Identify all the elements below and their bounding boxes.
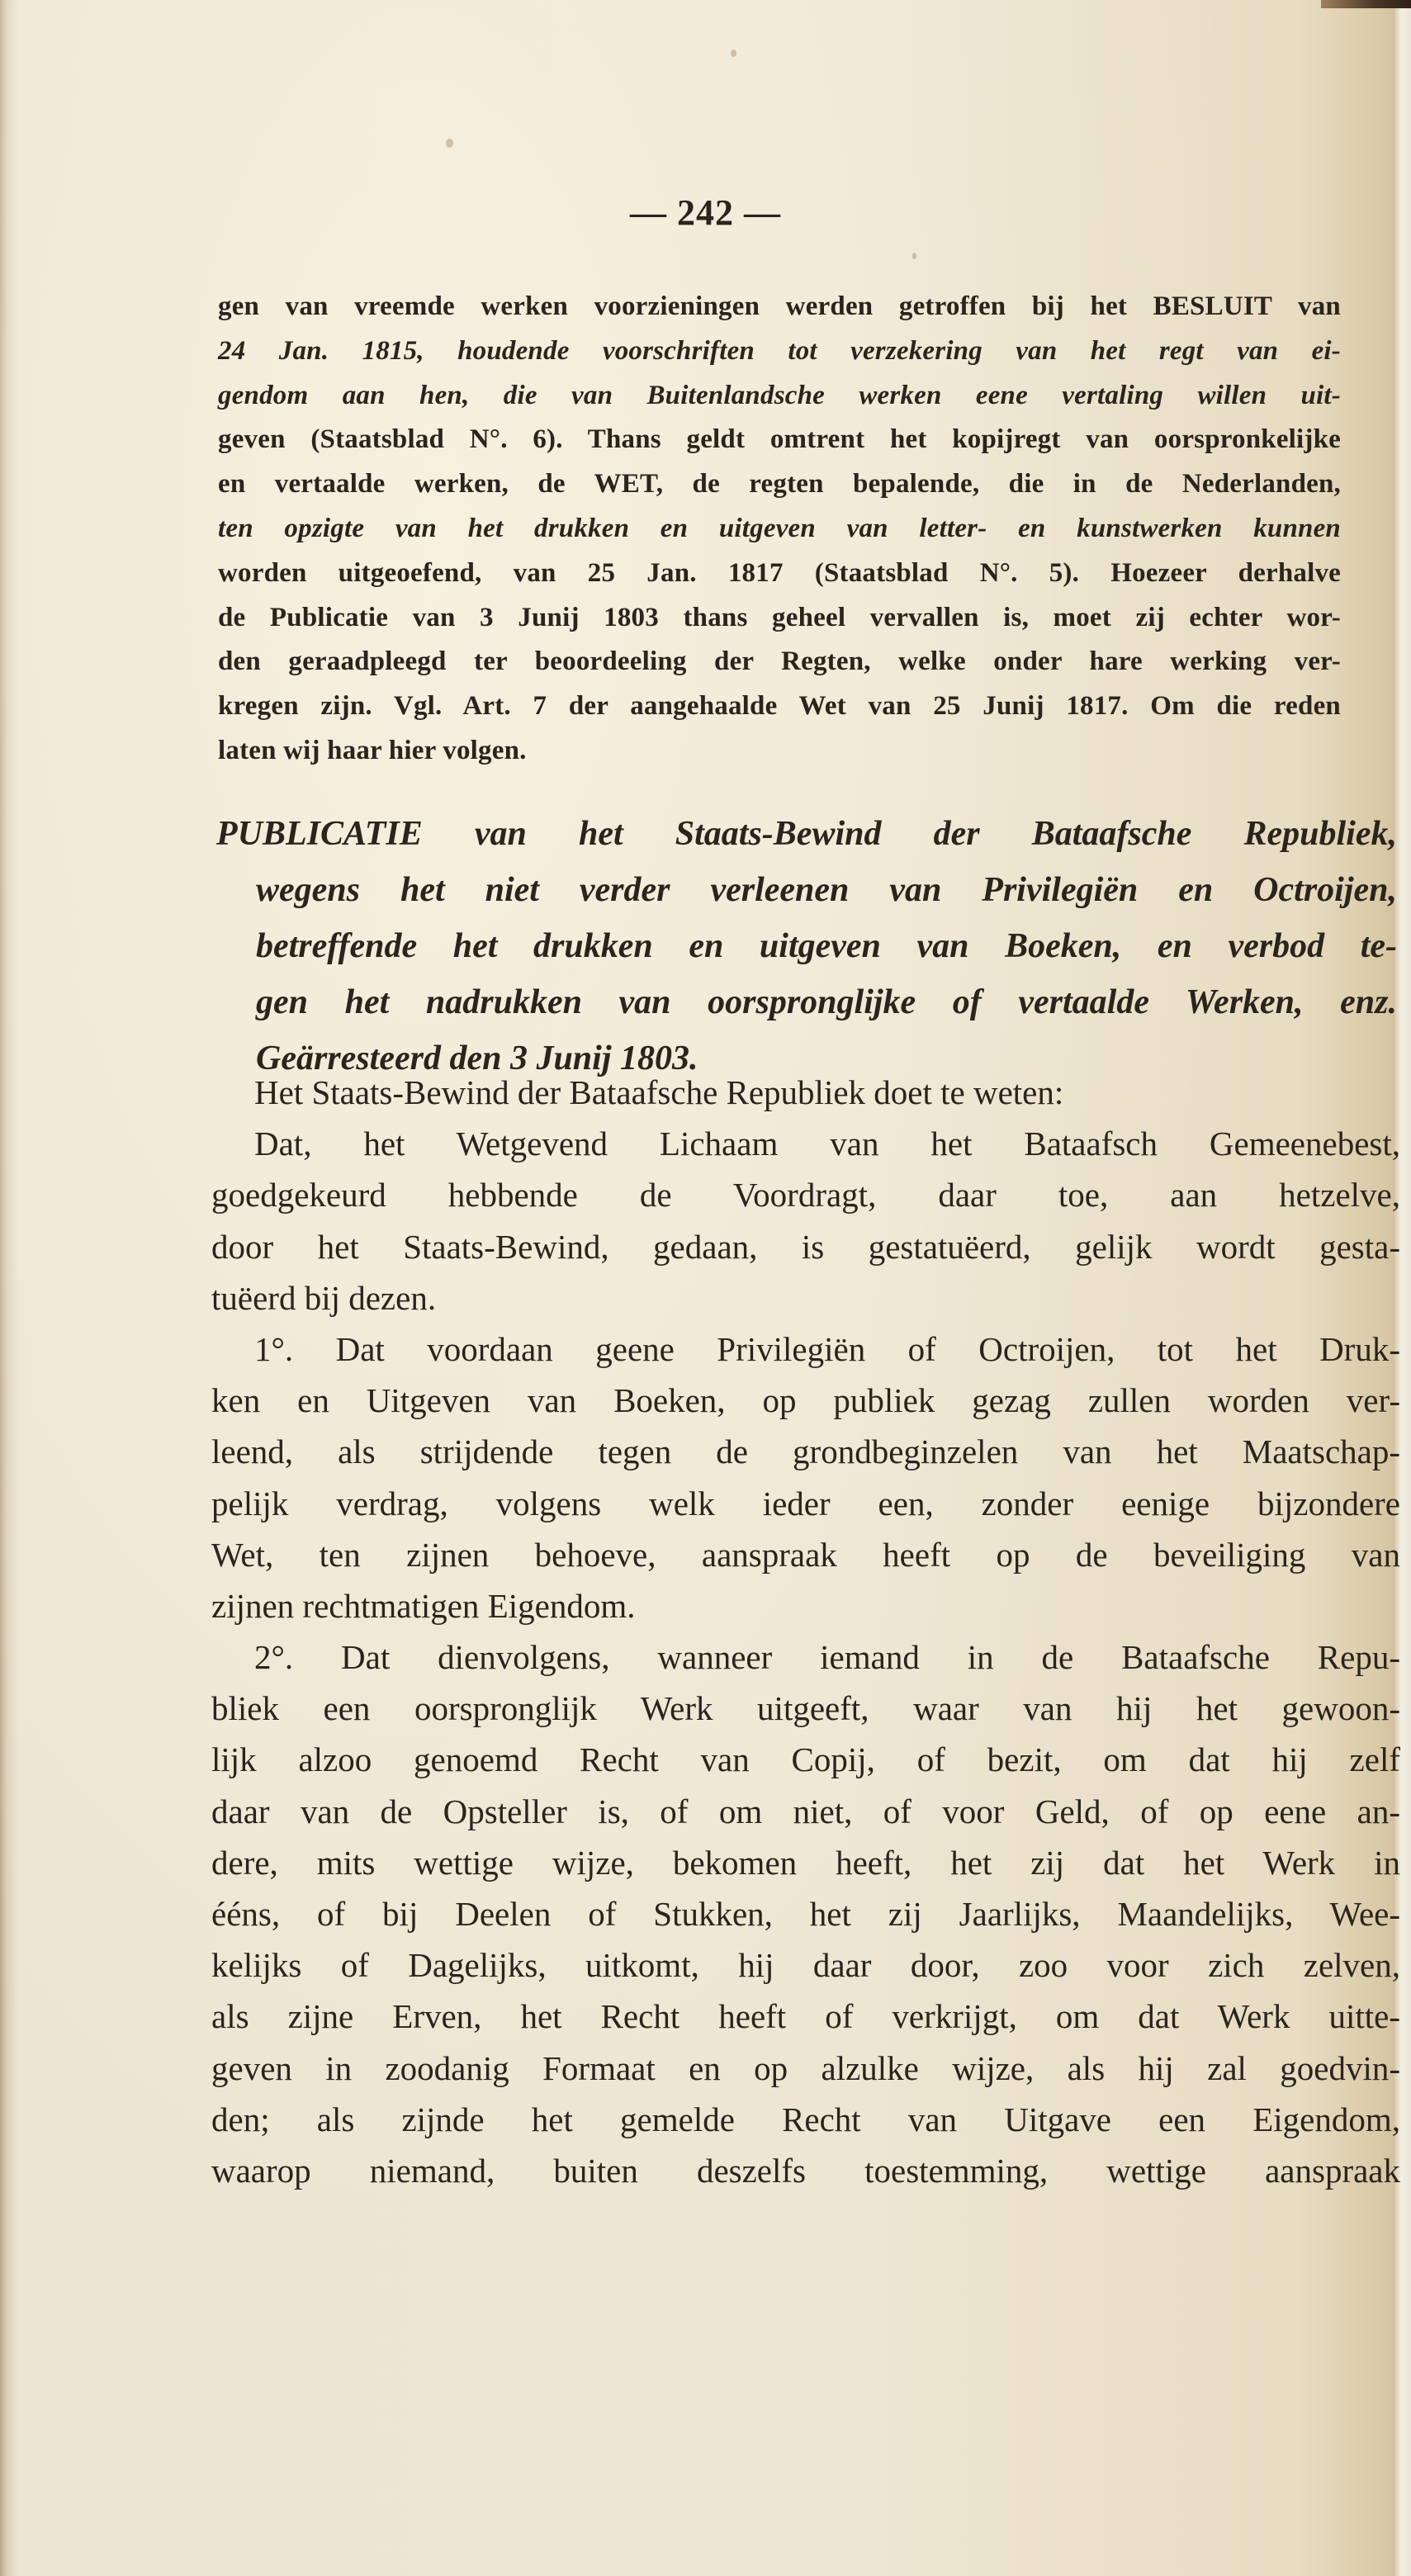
body-line: dere, mits wettige wijze, bekomen heeft,… (211, 1837, 1400, 1888)
body-line: den; als zijnde het gemelde Recht van Ui… (211, 2094, 1400, 2145)
body-line: kelijks of Dagelijks, uitkomt, hij daar … (211, 1939, 1400, 1991)
scanned-book-page: — 242 — gen van vreemde werken voorzieni… (0, 0, 1411, 2576)
body-line: 1°. Dat voordaan geene Privilegiën of Oc… (211, 1324, 1400, 1375)
heading-line: gen het nadrukken van oorspronglijke of … (216, 974, 1397, 1030)
text-line: gendom aan hen, die van Buitenlandsche w… (218, 374, 1341, 419)
heading-line: wegens het niet verder verleenen van Pri… (216, 862, 1397, 918)
body-line: daar van de Opsteller is, of om niet, of… (211, 1786, 1400, 1837)
text-line: kregen zijn. Vgl. Art. 7 der aangehaalde… (218, 684, 1341, 729)
body-line: bliek een oorspronglijk Werk uitgeeft, w… (211, 1683, 1400, 1734)
body-line: goedgekeurd hebbende de Voordragt, daar … (211, 1169, 1400, 1220)
body-line: ééns, of bij Deelen of Stukken, het zij … (211, 1888, 1400, 1939)
text-line: 24 Jan. 1815, houdende voorschriften tot… (218, 329, 1341, 374)
body-line: geven in zoodanig Formaat en op alzulke … (211, 2043, 1400, 2094)
body-line: zijnen rechtmatigen Eigendom. (211, 1580, 1400, 1631)
body-line: 2°. Dat dienvolgens, wanneer iemand in d… (211, 1631, 1400, 1683)
text-line: den geraadpleegd ter beoordeeling der Re… (218, 640, 1341, 684)
text-line: en vertaalde werken, de WET, de regten b… (218, 462, 1341, 507)
body-line: lijk alzoo genoemd Recht van Copij, of b… (211, 1734, 1400, 1785)
body-line: Het Staats-Bewind der Bataafsche Republi… (211, 1067, 1400, 1118)
text-line: geven (Staatsblad N°. 6). Thans geldt om… (218, 418, 1341, 462)
text-line: gen van vreemde werken voorzieningen wer… (218, 285, 1341, 329)
body-line: waarop niemand, buiten deszelfs toestemm… (211, 2145, 1400, 2196)
publicatie-body: Het Staats-Bewind der Bataafsche Republi… (211, 1067, 1400, 2196)
publicatie-heading: PUBLICATIE van het Staats-Bewind der Bat… (216, 806, 1397, 1087)
intro-paragraph: gen van vreemde werken voorzieningen wer… (218, 285, 1341, 774)
paper-speck (912, 253, 916, 259)
body-line: pelijk verdrag, volgens welk ieder een, … (211, 1478, 1400, 1529)
paper-speck (446, 139, 453, 148)
body-line: Dat, het Wetgevend Lichaam van het Bataa… (211, 1118, 1400, 1169)
body-line: als zijne Erven, het Recht heeft of verk… (211, 1991, 1400, 2042)
body-line: Wet, ten zijnen behoeve, aanspraak heeft… (211, 1529, 1400, 1580)
body-line: leend, als strijdende tegen de grondbegi… (211, 1426, 1400, 1477)
page-number: — 242 — (0, 192, 1411, 234)
text-line: worden uitgeoefend, van 25 Jan. 1817 (St… (218, 552, 1341, 596)
body-line: ken en Uitgeven van Boeken, op publiek g… (211, 1375, 1400, 1426)
text-line: ten opzigte van het drukken en uitgeven … (218, 507, 1341, 552)
text-line: laten wij haar hier volgen. (218, 729, 1341, 774)
body-line: door het Staats-Bewind, gedaan, is gesta… (211, 1221, 1400, 1272)
book-cover-edge (1321, 0, 1411, 8)
heading-line: PUBLICATIE van het Staats-Bewind der Bat… (216, 806, 1397, 862)
body-line: tuëerd bij dezen. (211, 1272, 1400, 1324)
text-line: de Publicatie van 3 Junij 1803 thans geh… (218, 596, 1341, 641)
paper-speck (731, 50, 736, 57)
heading-line: betreffende het drukken en uitgeven van … (216, 918, 1397, 974)
